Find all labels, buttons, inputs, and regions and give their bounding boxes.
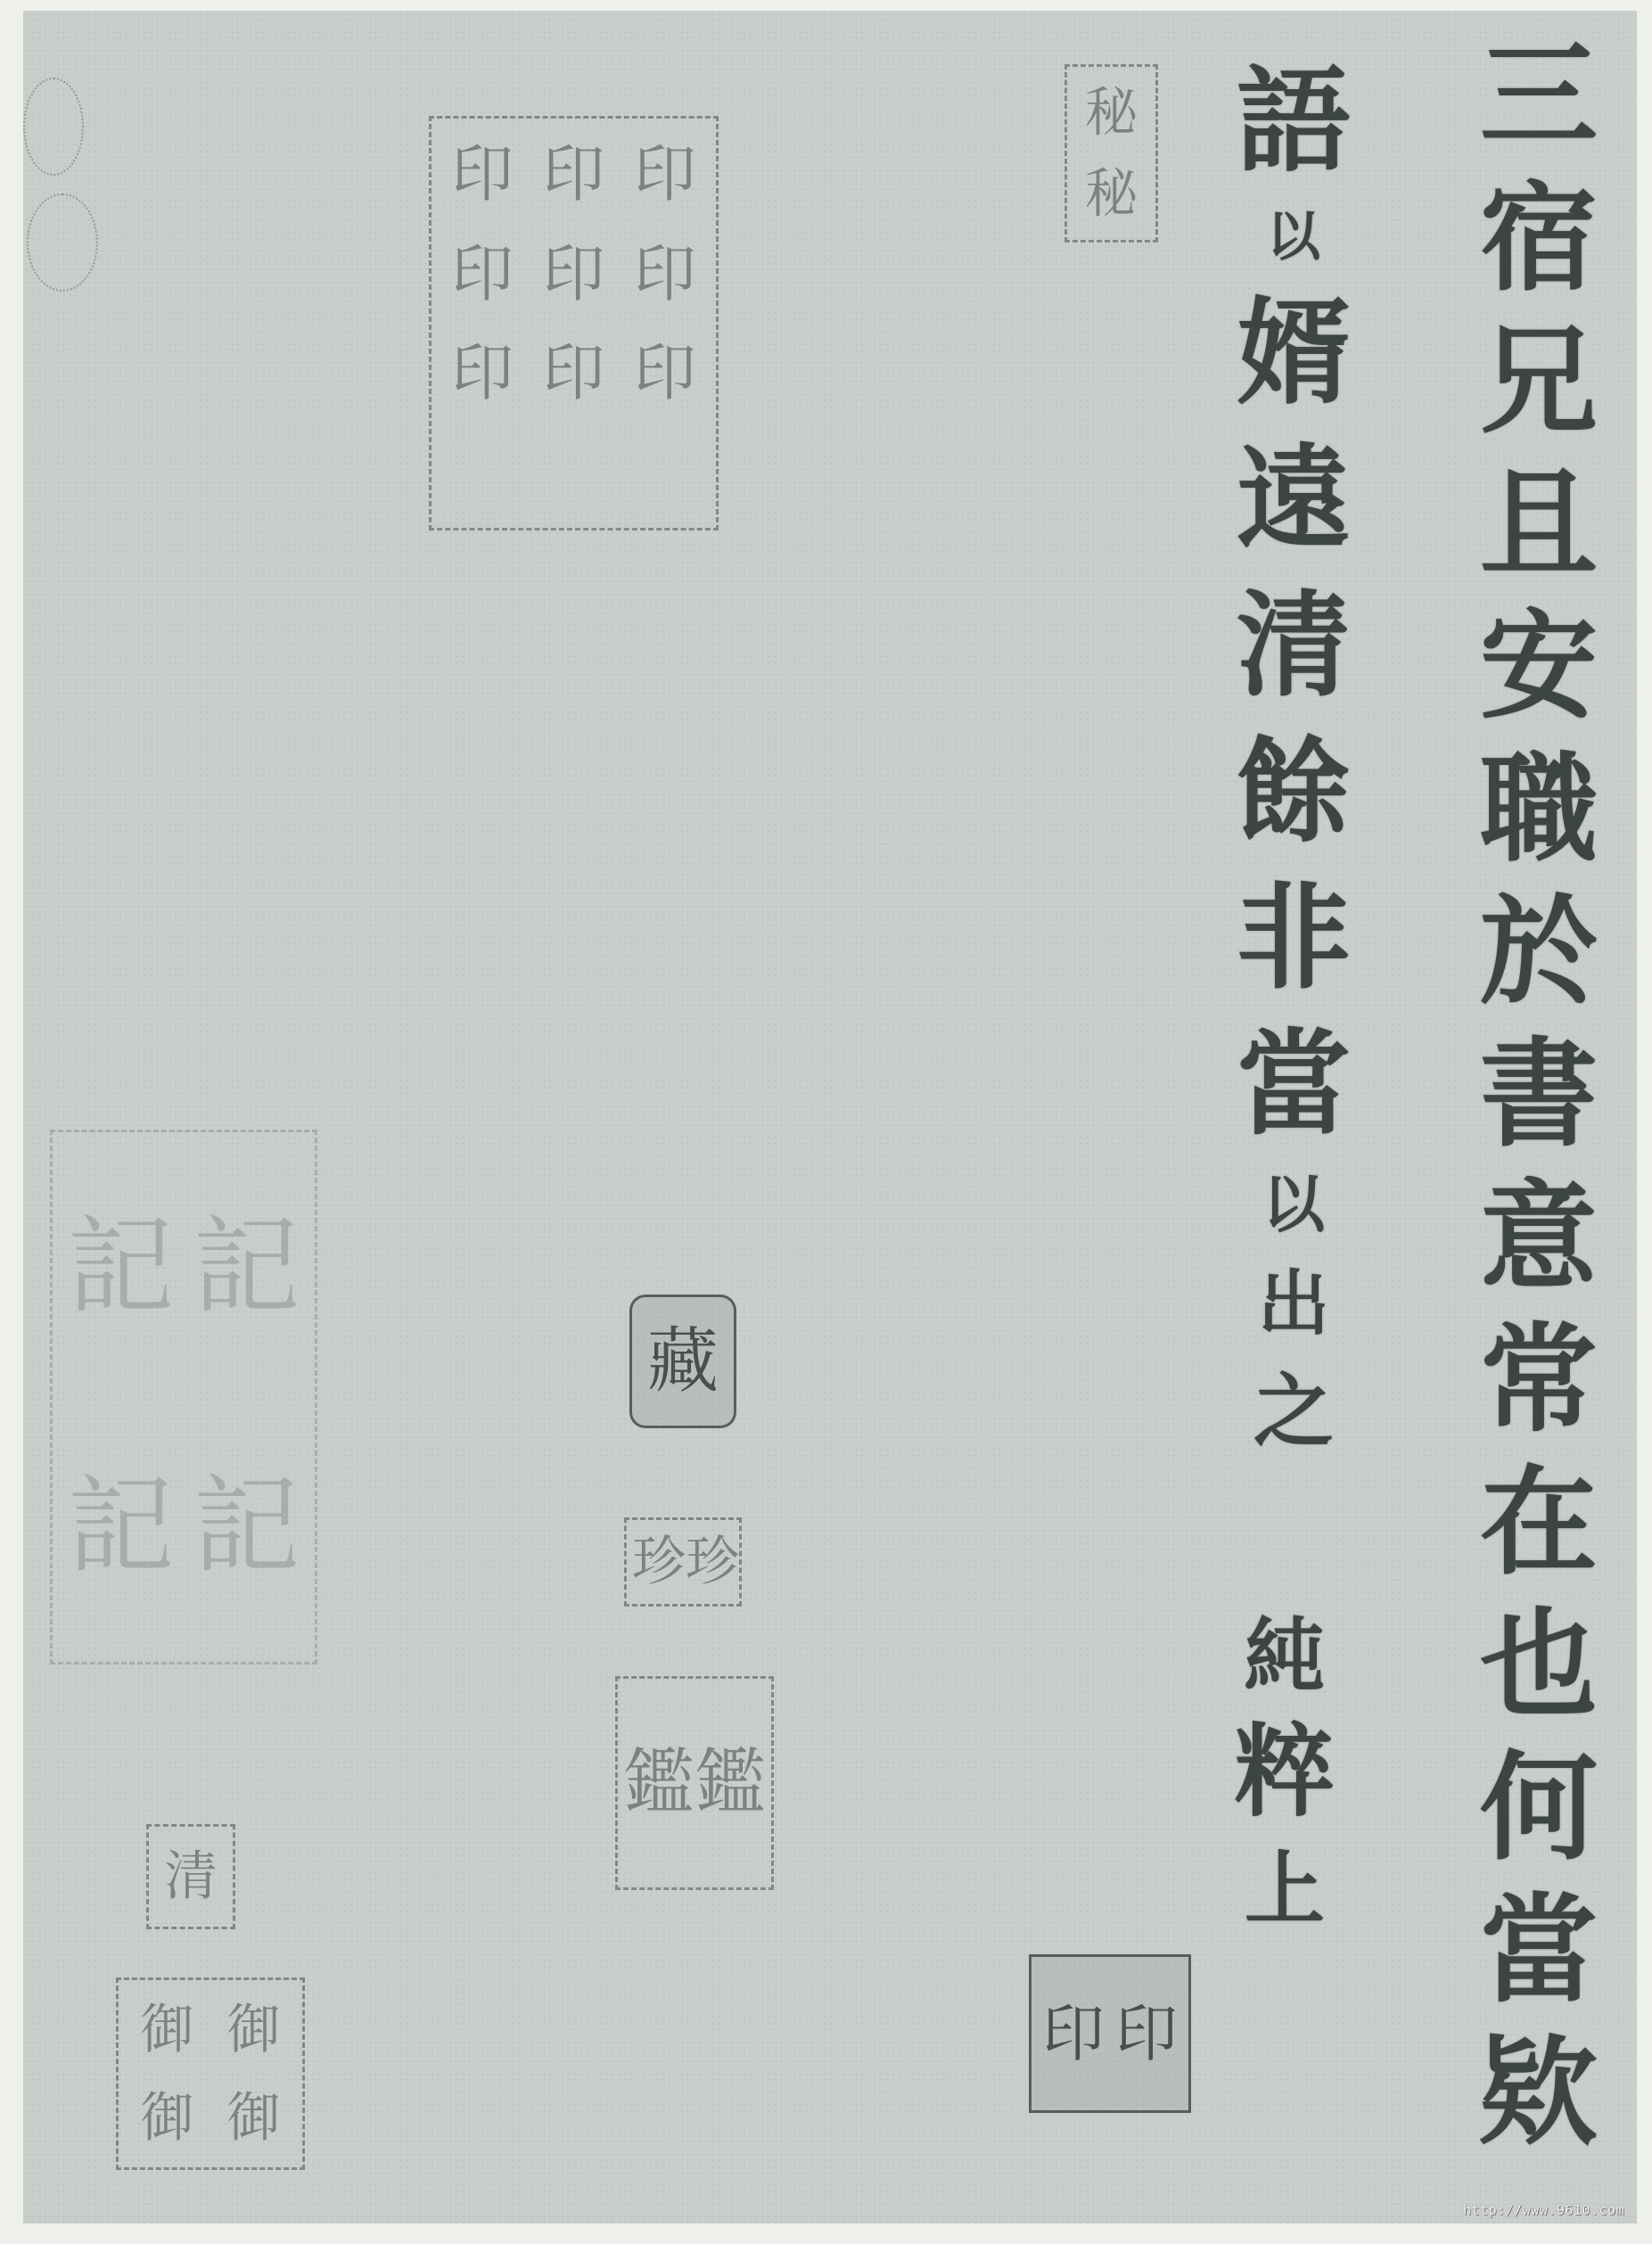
signature-char: 上 (1245, 1849, 1325, 1929)
seal-signature: 印 印 (1029, 1954, 1191, 2113)
seal-top-center: 印 印 印 印 印 印 印 印 印 (429, 116, 719, 530)
char: 欵 (1480, 2034, 1598, 2152)
seal-glyph: 秘 (1085, 168, 1138, 221)
char: 當 (1480, 1892, 1598, 2010)
seal-left-faint: 記 記 記 記 (50, 1130, 317, 1665)
seal-glyph: 印 (542, 143, 604, 205)
char: 清 (1237, 588, 1351, 703)
char: 意 (1480, 1179, 1598, 1296)
seal-bottom-left-large: 御 御 御 御 (116, 1977, 305, 2170)
seal-glyph: 印 (634, 242, 696, 305)
char: 非 (1237, 881, 1351, 995)
signature-char: 粹 (1235, 1722, 1335, 1822)
seal-glyph: 印 (634, 143, 696, 205)
calligraphy-column-2: 語 以 婿 遠 清 餘 非 當 以 出 之 (1209, 64, 1378, 1451)
seal-glyph: 印 (542, 242, 604, 305)
seal-mid-1: 藏 (629, 1295, 736, 1428)
char: 且 (1480, 465, 1598, 583)
char: 兄 (1480, 323, 1598, 440)
seal-glyph: 珍 (632, 1535, 686, 1589)
char: 也 (1480, 1607, 1598, 1724)
seal-mid-3: 鑑 鑑 (615, 1676, 774, 1890)
watermark: http://www.9610.com (1463, 2202, 1624, 2218)
seal-glyph: 珍 (686, 1535, 739, 1589)
seal-top-right: 秘 秘 (1064, 64, 1158, 242)
char: 出 (1258, 1268, 1329, 1339)
round-seal-top (23, 78, 84, 176)
char: 安 (1480, 608, 1598, 726)
char: 之 (1253, 1371, 1334, 1451)
seal-glyph: 印 (451, 242, 514, 305)
char: 書 (1480, 1036, 1598, 1154)
seal-glyph: 印 (542, 341, 604, 404)
seal-glyph: 御 (141, 2003, 194, 2057)
seal-glyph: 記 (193, 1474, 300, 1581)
calligraphy-column-1: 三 宿 兄 且 安 職 於 書 意 常 在 也 何 當 欵 (1450, 37, 1628, 2152)
signature-char: 純 (1245, 1615, 1325, 1696)
char: 語 (1237, 64, 1351, 178)
char: 何 (1480, 1749, 1598, 1867)
char: 宿 (1480, 180, 1598, 298)
calligraphy-paper: 三 宿 兄 且 安 職 於 書 意 常 在 也 何 當 欵 語 以 婿 遠 清 … (23, 11, 1637, 2223)
seal-glyph: 鑑 (694, 1747, 766, 1819)
char: 三 (1480, 37, 1598, 155)
char: 以 (1267, 210, 1320, 264)
seal-mid-2: 珍 珍 (624, 1517, 742, 1607)
char: 當 (1237, 1027, 1351, 1141)
char: 以 (1262, 1173, 1325, 1236)
char: 在 (1480, 1464, 1598, 1582)
seal-glyph: 清 (164, 1850, 218, 1903)
char: 職 (1480, 751, 1598, 868)
seal-glyph: 印 (1042, 2002, 1105, 2065)
seal-glyph: 御 (227, 2092, 281, 2145)
char: 婿 (1237, 296, 1351, 410)
seal-glyph: 記 (68, 1474, 175, 1581)
seal-glyph: 印 (1115, 2002, 1178, 2065)
seal-glyph: 御 (141, 2092, 194, 2145)
seal-glyph: 鑑 (623, 1747, 694, 1819)
seal-glyph: 秘 (1085, 86, 1138, 140)
seal-glyph: 記 (68, 1214, 175, 1321)
seal-bottom-left-small: 清 (146, 1824, 235, 1929)
seal-glyph: 御 (227, 2003, 281, 2057)
char: 於 (1480, 893, 1598, 1011)
seal-glyph: 記 (193, 1214, 300, 1321)
char: 遠 (1237, 442, 1351, 556)
signature-column: 純 粹 上 (1209, 1615, 1360, 1929)
seal-glyph: 印 (634, 341, 696, 404)
seal-glyph: 藏 (647, 1326, 719, 1397)
seal-glyph: 印 (451, 143, 514, 205)
char: 餘 (1237, 735, 1351, 849)
seal-glyph: 印 (451, 341, 514, 404)
round-seal-bottom (27, 193, 98, 292)
char: 常 (1480, 1321, 1598, 1439)
